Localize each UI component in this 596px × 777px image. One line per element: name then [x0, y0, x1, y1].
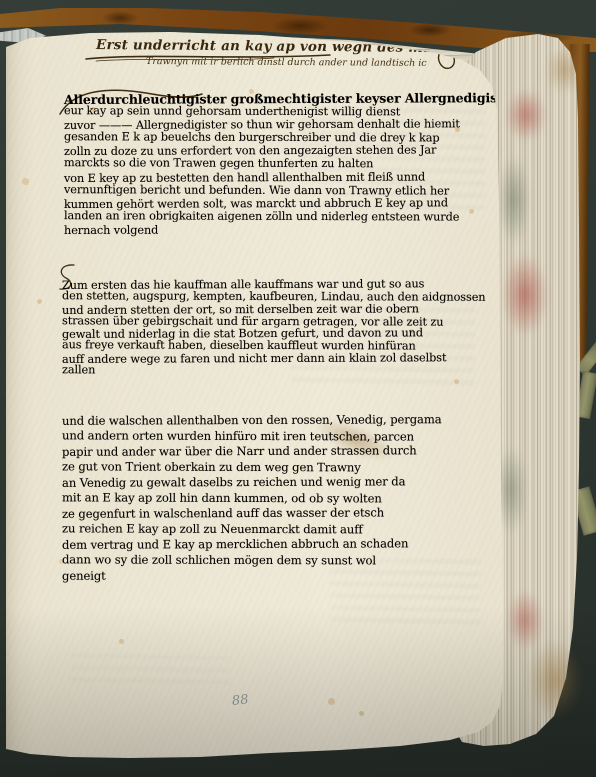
paragraph-2: Zum ersten das hie kauffman alle kauffma…	[62, 279, 485, 377]
paragraph-1: Allerdurchleuchtigister großmechtigister…	[64, 92, 545, 236]
manuscript-line: und andern orten wurden hinfüro mit iren…	[62, 428, 442, 445]
manuscript-line: an Venedig zu gewalt daselbs zu reichen …	[62, 474, 442, 491]
foxing-spots	[0, 0, 3, 3]
manuscript-line: marckts so die von Trawen gegen thunfert…	[64, 157, 545, 172]
fore-edge-red-stain	[494, 240, 556, 350]
manuscript-line: zallen	[62, 364, 486, 378]
manuscript-line: hernach volgend	[64, 222, 545, 237]
archive-book-photo: Erst underricht an kay ap von wegn des m…	[0, 0, 596, 777]
manuscript-line: geneigt	[62, 567, 442, 584]
manuscript-line: ze gegenfurt in walschenland auff das wa…	[62, 505, 442, 522]
fore-edge-tan-stain	[520, 630, 590, 730]
heading-end-curl	[430, 42, 462, 78]
pencil-page-number: 88	[231, 692, 249, 709]
manuscript-line: dem vertrag und E kay ap mercklichen abb…	[62, 536, 442, 553]
manuscript-line: ze gut von Trient oberkain zu dem weg ge…	[62, 459, 442, 476]
paragraph-3: und die walschen allenthalben von den ro…	[62, 413, 442, 584]
fore-edge-tan-stain	[540, 40, 590, 100]
page-heading-line2: Trawnyn mit ir berlich dinstl durch ande…	[146, 56, 427, 69]
manuscript-line: und die walschen allenthalben von den ro…	[62, 412, 442, 429]
manuscript-line: mit an E kay ap zoll hin dann kummen, od…	[62, 490, 442, 507]
manuscript-line: zu reichen E kay ap zoll zu Neuenmarckt …	[62, 521, 442, 538]
manuscript-line: papir und ander war über die Narr und an…	[62, 443, 442, 460]
manuscript-line: dann wo sy die zoll schlichen mögen dem …	[62, 552, 442, 569]
fore-edge-red-stain	[498, 80, 554, 150]
verso-showthrough	[70, 650, 230, 690]
